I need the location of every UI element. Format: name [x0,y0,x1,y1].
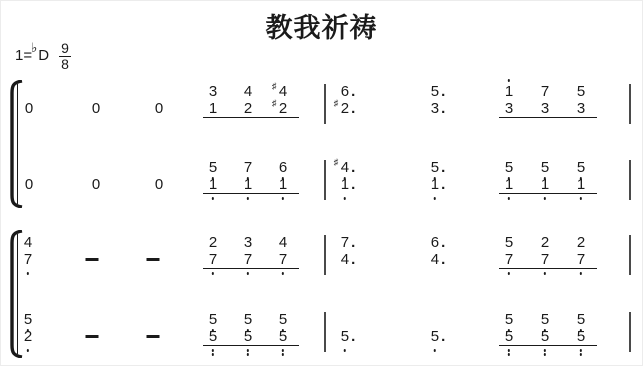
note-digit: 1 [541,176,549,193]
dash-note [86,335,99,338]
octave-dot-below [580,353,583,356]
lower-voice-line: 0 [155,100,163,117]
note: 7. [341,234,356,251]
note-digit: 5 [505,159,513,176]
beam-group-column: 51 [577,159,585,193]
chord-note: 5.3. [431,83,446,117]
dash-note [86,258,99,261]
beam-group-column: 55 [279,311,287,345]
note-digit: 5 [577,83,585,100]
beam-group-column: 53 [577,83,585,117]
note: 1 [541,176,549,193]
upper-voice-line: 5 [577,311,585,328]
upper-voice-line: 4♯. [341,159,356,176]
note-digit: 0 [155,176,163,193]
note-digit: 5 [244,328,252,345]
note-digit: 1 [279,176,287,193]
beam-group-column: 71 [244,159,252,193]
note-digit: 2 [244,100,252,117]
note: 2♯ [279,100,287,117]
upper-voice-line: 5 [505,311,513,328]
note: 5. [431,159,446,176]
upper-voice-line [25,159,33,176]
note-digit: 1 [341,176,349,193]
chord-note: 47 [24,234,32,268]
note-digit: 7 [244,251,252,268]
lower-voice-line: 3. [431,100,446,117]
note: 5 [279,311,287,328]
beam-group-column: 47 [279,234,287,268]
upper-voice-line [431,311,446,328]
note-digit: 5 [431,159,439,176]
time-signature: 9 8 [59,42,71,71]
upper-voice-line: 5 [541,159,549,176]
note: 5 [505,328,513,345]
octave-dot-below [434,349,437,352]
note: 0 [92,100,100,117]
note-digit: 5 [24,311,32,328]
note: 1 [244,176,252,193]
upper-voice-line: 3 [209,83,217,100]
note-digit: 2 [24,328,32,345]
note: 2 [209,234,217,251]
note-digit: 2 [209,234,217,251]
upper-voice-line: 6 [279,159,287,176]
note: 0 [155,176,163,193]
upper-voice-line: 1 [505,83,513,100]
note: 7 [209,251,217,268]
chord-note: 52 [24,311,32,345]
beam-group-column: 57 [505,234,513,268]
note: 3 [577,100,585,117]
lower-voice-line: 4. [431,251,446,268]
note: 7 [577,251,585,268]
note-digit: 5 [279,328,287,345]
note-digit: 5 [505,311,513,328]
note: 1 [209,176,217,193]
upper-voice-line [341,311,356,328]
upper-voice-line: 5. [431,159,446,176]
key-prefix: 1= [15,47,32,64]
beam-group-column: 27 [541,234,549,268]
lower-voice-line: 5 [577,328,585,345]
sharp-accidental-icon: ♯ [334,95,339,112]
upper-voice-line [92,83,100,100]
note-digit: 1 [431,176,439,193]
augmentation-dot: . [351,176,355,193]
note: 5 [505,234,513,251]
note: 4 [24,234,32,251]
octave-dot-below [247,349,250,352]
upper-voice-line: 2 [209,234,217,251]
note-digit: 0 [25,100,33,117]
lower-voice-line: 0 [92,176,100,193]
beam-line [203,345,299,346]
time-numerator: 9 [59,42,71,57]
augmentation-dot: . [351,100,355,117]
note: 5 [541,328,549,345]
lower-voice-line: 0 [25,176,33,193]
chord-note: 4♯.1. [341,159,356,193]
upper-voice-line: 7 [244,159,252,176]
note-digit: 3 [431,100,439,117]
note: 0 [25,176,33,193]
note: 4. [341,251,356,268]
augmentation-dot: . [441,100,445,117]
augmentation-dot: . [441,159,445,176]
dash-note [147,335,160,338]
lower-voice-line: 2♯. [341,100,356,117]
note-digit: 7 [209,251,217,268]
octave-dot-below [508,272,511,275]
note-digit: 7 [541,251,549,268]
barline [324,84,326,124]
lower-voice-line: 7 [577,251,585,268]
beam-group-column: 51 [209,159,217,193]
note: 4♯ [279,83,287,100]
note: 5 [505,311,513,328]
note: 5 [279,328,287,345]
note-digit: 0 [92,100,100,117]
note: 7 [24,251,32,268]
upper-voice-line [92,159,100,176]
octave-dot-below [212,349,215,352]
lower-voice-line: 5 [279,328,287,345]
note: 1. [341,176,356,193]
sharp-accidental-icon: ♯ [334,154,339,171]
augmentation-dot: . [441,251,445,268]
note: 5 [24,311,32,328]
augmentation-dot: . [351,328,355,345]
augmentation-dot: . [441,328,445,345]
note-digit: 6 [431,234,439,251]
lower-voice-line: 5 [244,328,252,345]
note: 0 [155,100,163,117]
system-row-3: 472737477.4.6.4.572727 [1,234,643,296]
note: 5. [431,328,446,345]
note-digit: 1 [505,176,513,193]
key-signature: 1=♭D 9 8 [15,41,71,70]
beam-group-column: 55 [541,311,549,345]
upper-voice-line: 5 [244,311,252,328]
note-digit: 4 [24,234,32,251]
upper-voice-line: 5 [209,311,217,328]
note-digit: 7 [279,251,287,268]
note-digit: 5 [541,328,549,345]
note: 2 [24,328,32,345]
note: 5 [209,311,217,328]
note: 5. [341,328,356,345]
beam-group-column: 73 [541,83,549,117]
note-digit: 2 [577,234,585,251]
note-digit: 5 [209,159,217,176]
note: 5 [541,159,549,176]
lower-voice-line: 0 [92,100,100,117]
lower-voice-line: 7 [244,251,252,268]
time-denominator: 8 [59,57,71,71]
octave-dot-below [344,349,347,352]
barline [324,235,326,275]
beam-group-column: 51 [505,159,513,193]
lower-voice-line: 2 [244,100,252,117]
note: 5 [209,159,217,176]
note-digit: 4♯ [341,159,349,176]
note: 5 [577,311,585,328]
note-digit: 3 [209,83,217,100]
note: 7 [279,251,287,268]
barline [629,84,631,124]
octave-dot-below [344,197,347,200]
lower-voice-line: 7 [505,251,513,268]
beam-group-column: 13 [505,83,513,117]
lower-voice-line: 3 [505,100,513,117]
note-digit: 6 [341,83,349,100]
augmentation-dot: . [441,176,445,193]
note: 5 [244,311,252,328]
augmentation-dot: . [441,83,445,100]
note-digit: 5 [541,159,549,176]
octave-dot-below [580,272,583,275]
lower-voice-line: 5 [209,328,217,345]
note: 1 [279,176,287,193]
augmentation-dot: . [351,159,355,176]
lower-voice-line: 2 [24,328,32,345]
augmentation-dot: . [441,234,445,251]
beam-group-column: 55 [209,311,217,345]
augmentation-dot: . [351,234,355,251]
rest-note: 0 [25,83,33,117]
note: 1 [505,83,513,100]
single-note: 5. [341,311,356,345]
lower-voice-line: 1 [209,100,217,117]
octave-dot-below [544,353,547,356]
note-digit: 1 [505,83,513,100]
upper-voice-line: 2 [541,234,549,251]
lower-voice-line: 3 [577,100,585,117]
lower-voice-line: 1. [341,176,356,193]
lower-voice-line: 7 [279,251,287,268]
lower-voice-line: 1 [244,176,252,193]
lower-voice-line: 4. [341,251,356,268]
chord-note: 5.1. [431,159,446,193]
system-bracket [6,230,24,358]
note: 3 [209,83,217,100]
beam-group-column: 27 [577,234,585,268]
note-digit: 5 [541,311,549,328]
note: 5 [577,328,585,345]
note: 5 [209,328,217,345]
note-digit: 1 [209,100,217,117]
upper-voice-line: 2 [577,234,585,251]
note-digit: 7 [341,234,349,251]
system-row-1: 00031424♯2♯6.2♯.5.3.137353 [1,83,643,145]
beam-line [499,193,597,194]
upper-voice-line: 5 [279,311,287,328]
beam-line [203,268,299,269]
upper-voice-line: 7. [341,234,356,251]
note: 2 [577,234,585,251]
lower-voice-line: 5 [541,328,549,345]
note-digit: 4 [244,83,252,100]
chord-note: 6.2♯. [341,83,356,117]
note-digit: 2♯ [279,100,287,117]
note-digit: 5 [209,311,217,328]
octave-dot-below [212,197,215,200]
lower-voice-line: 1 [209,176,217,193]
octave-dot-below [247,353,250,356]
beam-group-column: 27 [209,234,217,268]
octave-dot-below [27,349,30,352]
octave-dot-below [508,353,511,356]
note: 4♯. [341,159,356,176]
note-digit: 5 [431,83,439,100]
key-tonic: D [38,47,49,64]
note-digit: 7 [577,251,585,268]
note-digit: 5 [279,311,287,328]
upper-voice-line: 5 [209,159,217,176]
system-row-2: 0005171614♯.1.5.1.515151 [1,159,643,221]
score-page: 教我祈祷 1=♭D 9 8 00031424♯2♯6.2♯.5.3.137353… [0,0,643,366]
note-digit: 3 [541,100,549,117]
note: 6. [341,83,356,100]
note: 5 [541,311,549,328]
lower-voice-line: 5. [341,328,356,345]
lower-voice-line: 5 [505,328,513,345]
barline [629,160,631,200]
upper-voice-line: 5 [577,159,585,176]
note: 5 [577,83,585,100]
octave-dot-below [434,197,437,200]
note: 7 [505,251,513,268]
bracket-glyph [6,80,24,208]
note-digit: 5 [341,328,349,345]
lower-voice-line: 2♯ [279,100,287,117]
beam-group-column: 51 [541,159,549,193]
lower-voice-line: 1 [279,176,287,193]
upper-voice-line: 3 [244,234,252,251]
note: 4 [279,234,287,251]
upper-voice-line [155,159,163,176]
barline [324,312,326,352]
note: 6. [431,234,446,251]
note-digit: 4 [431,251,439,268]
note: 5 [577,159,585,176]
lower-voice-line: 7 [24,251,32,268]
note: 5 [505,159,513,176]
note: 7 [244,251,252,268]
note: 2 [244,100,252,117]
octave-dot-above [508,79,511,82]
beam-group-column: 55 [244,311,252,345]
note: 1. [431,176,446,193]
octave-dot-below [282,353,285,356]
beam-group-column: 31 [209,83,217,117]
system-row-4: 525555555.5.555555 [1,311,643,366]
lower-voice-line: 0 [25,100,33,117]
note: 3. [431,100,446,117]
octave-dot-below [282,272,285,275]
lower-voice-line: 7 [541,251,549,268]
octave-dot-below [544,349,547,352]
note-digit: 1 [577,176,585,193]
note: 5. [431,83,446,100]
beam-group-column: 4♯2♯ [279,83,287,117]
note-digit: 1 [244,176,252,193]
note: 1 [577,176,585,193]
note-digit: 4 [341,251,349,268]
note-digit: 1 [209,176,217,193]
beam-line [203,117,299,118]
upper-voice-line: 6. [341,83,356,100]
octave-dot-below [247,197,250,200]
beam-group-column: 55 [505,311,513,345]
note: 1 [505,176,513,193]
beam-group-column: 61 [279,159,287,193]
note: 4 [244,83,252,100]
lower-voice-line: 1 [541,176,549,193]
note-digit: 7 [24,251,32,268]
lower-voice-line: 7 [209,251,217,268]
flat-icon: ♭ [31,40,37,56]
note: 3 [244,234,252,251]
upper-voice-line: 5 [577,83,585,100]
note-digit: 5 [577,328,585,345]
rest-note: 0 [155,159,163,193]
note-digit: 6 [279,159,287,176]
bracket-glyph [6,230,24,358]
note-digit: 4 [279,234,287,251]
note-digit: 5 [209,328,217,345]
note: 0 [92,176,100,193]
upper-voice-line: 5 [505,234,513,251]
octave-dot-below [212,272,215,275]
upper-voice-line: 4♯ [279,83,287,100]
note-digit: 5 [431,328,439,345]
beam-line [499,117,597,118]
barline [324,160,326,200]
note: 3 [505,100,513,117]
octave-dot-below [580,349,583,352]
note-digit: 5 [505,328,513,345]
lower-voice-line: 5. [431,328,446,345]
note-digit: 5 [577,159,585,176]
note: 1 [209,100,217,117]
upper-voice-line [25,83,33,100]
lower-voice-line: 0 [155,176,163,193]
barline [629,312,631,352]
note-digit: 5 [577,311,585,328]
octave-dot-below [27,272,30,275]
beam-line [499,268,597,269]
beam-group-column: 42 [244,83,252,117]
note-digit: 5 [244,311,252,328]
note-digit: 2♯ [341,100,349,117]
rest-note: 0 [92,159,100,193]
octave-dot-below [544,272,547,275]
lower-voice-line: 3 [541,100,549,117]
note-digit: 7 [244,159,252,176]
note-digit: 3 [244,234,252,251]
beam-group-column: 55 [577,311,585,345]
rest-note: 0 [155,83,163,117]
note-digit: 0 [25,176,33,193]
sharp-accidental-icon: ♯ [272,78,277,95]
upper-voice-line: 5. [431,83,446,100]
beam-line [499,345,597,346]
augmentation-dot: . [351,251,355,268]
octave-dot-below [282,197,285,200]
upper-voice-line: 4 [24,234,32,251]
